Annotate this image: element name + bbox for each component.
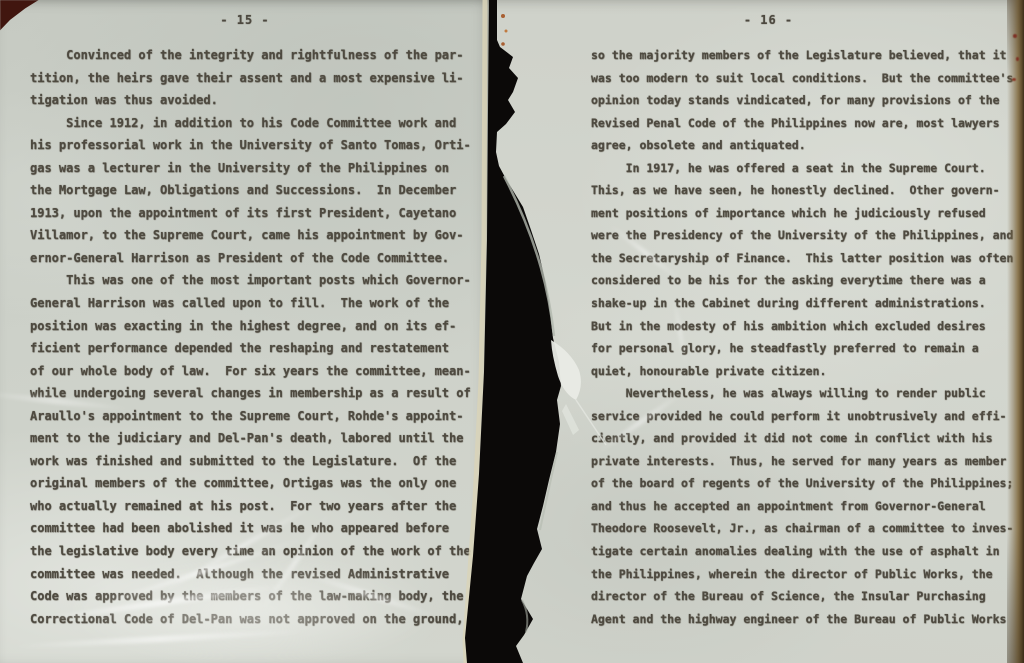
text-line: ficient performance depended the reshapi… <box>30 337 471 360</box>
tear-void <box>465 0 561 663</box>
text-line: This was one of the most important posts… <box>30 269 471 292</box>
text-line: while undergoing several changes in memb… <box>30 382 471 405</box>
text-line: the Mortgage Law, Obligations and Succes… <box>30 179 471 202</box>
torn-page-gap <box>440 0 624 663</box>
text-line: was too modern to suit local conditions.… <box>591 67 1013 90</box>
text-line: ment positions of importance which he ju… <box>591 202 1013 225</box>
red-speck <box>1016 57 1019 61</box>
text-line: so the majority members of the Legislatu… <box>591 44 1013 67</box>
text-line: service provided he could perform it uno… <box>591 405 1013 428</box>
text-line: private interests. Thus, he served for m… <box>591 450 1013 473</box>
text-line: tigate certain anomalies dealing with th… <box>591 540 1013 563</box>
text-line: ciently, and provided it did not come in… <box>591 427 1013 450</box>
text-line: were the Presidency of the University of… <box>591 224 1013 247</box>
text-line: committee had been abolished it was he w… <box>30 517 471 540</box>
page-number-left: - 15 - <box>0 13 490 27</box>
text-line: Code was approved by the members of the … <box>30 585 471 608</box>
ink-speck <box>501 42 505 46</box>
text-line: gas was a lecturer in the University of … <box>30 157 471 180</box>
text-line: of the board of regents of the Universit… <box>591 472 1013 495</box>
text-line: work was finished and submitted to the L… <box>30 450 471 473</box>
text-line: tition, the heirs gave their assent and … <box>30 67 471 90</box>
ink-speck <box>505 30 508 33</box>
text-line: Correctional Code of Del-Pan was not app… <box>30 608 471 631</box>
page-edge-shadow <box>1007 0 1024 663</box>
text-line: director of the Bureau of Science, the I… <box>591 585 1013 608</box>
text-line: his professorial work in the University … <box>30 134 471 157</box>
text-line: Theodore Roosevelt, Jr., as chairman of … <box>591 517 1013 540</box>
text-line: the Philippines, wherein the director of… <box>591 563 1013 586</box>
page-right-text: so the majority members of the Legislatu… <box>591 44 1013 630</box>
text-line: position was exacting in the highest deg… <box>30 315 471 338</box>
text-line: ment to the judiciary and Del-Pan's deat… <box>30 427 471 450</box>
text-line: But in the modesty of his ambition which… <box>591 315 1013 338</box>
ink-speck <box>501 14 505 18</box>
red-speck <box>1013 34 1017 38</box>
text-line: original members of the committee, Ortig… <box>30 472 471 495</box>
text-line: considered to be his for the asking ever… <box>591 269 1013 292</box>
text-line: Araullo's appointment to the Supreme Cou… <box>30 405 471 428</box>
page-left: - 15 - Convinced of the integrity and ri… <box>0 0 490 663</box>
text-line: Nevertheless, he was always willing to r… <box>591 382 1013 405</box>
text-line: General Harrison was called upon to fill… <box>30 292 471 315</box>
text-line: This, as we have seen, he honestly decli… <box>591 179 1013 202</box>
text-line: and thus he accepted an appointment from… <box>591 495 1013 518</box>
text-line: In 1917, he was offered a seat in the Su… <box>591 157 1013 180</box>
page-left-text: Convinced of the integrity and rightfuln… <box>30 44 471 630</box>
crease-line <box>576 400 606 445</box>
text-line: ernor-General Harrison as President of t… <box>30 247 471 270</box>
paper-curl <box>562 404 579 435</box>
text-line: quiet, honourable private citizen. <box>591 360 1013 383</box>
text-line: the Secretaryship of Finance. This latte… <box>591 247 1013 270</box>
text-line: Revised Penal Code of the Philippines no… <box>591 112 1013 135</box>
text-line: tigation was thus avoided. <box>30 89 471 112</box>
text-line: for personal glory, he steadfastly prefe… <box>591 337 1013 360</box>
text-line: opinion today stands vindicated, for man… <box>591 89 1013 112</box>
text-line: who actually remained at his post. For t… <box>30 495 471 518</box>
text-line: Convinced of the integrity and rightfuln… <box>30 44 471 67</box>
text-line: Since 1912, in addition to his Code Comm… <box>30 112 471 135</box>
text-line: the legislative body every time an opini… <box>30 540 471 563</box>
text-line: 1913, upon the appointment of its first … <box>30 202 471 225</box>
text-line: of our whole body of law. For six years … <box>30 360 471 383</box>
text-line: agree, obsolete and antiquated. <box>591 134 1013 157</box>
scanned-document: - 15 - Convinced of the integrity and ri… <box>0 0 1024 663</box>
text-line: committee was needed. Although the revis… <box>30 563 471 586</box>
red-speck <box>1012 78 1016 81</box>
text-line: Agent and the highway engineer of the Bu… <box>591 608 1013 631</box>
text-line: shake-up in the Cabinet during different… <box>591 292 1013 315</box>
text-line: Villamor, to the Supreme Court, came his… <box>30 224 471 247</box>
